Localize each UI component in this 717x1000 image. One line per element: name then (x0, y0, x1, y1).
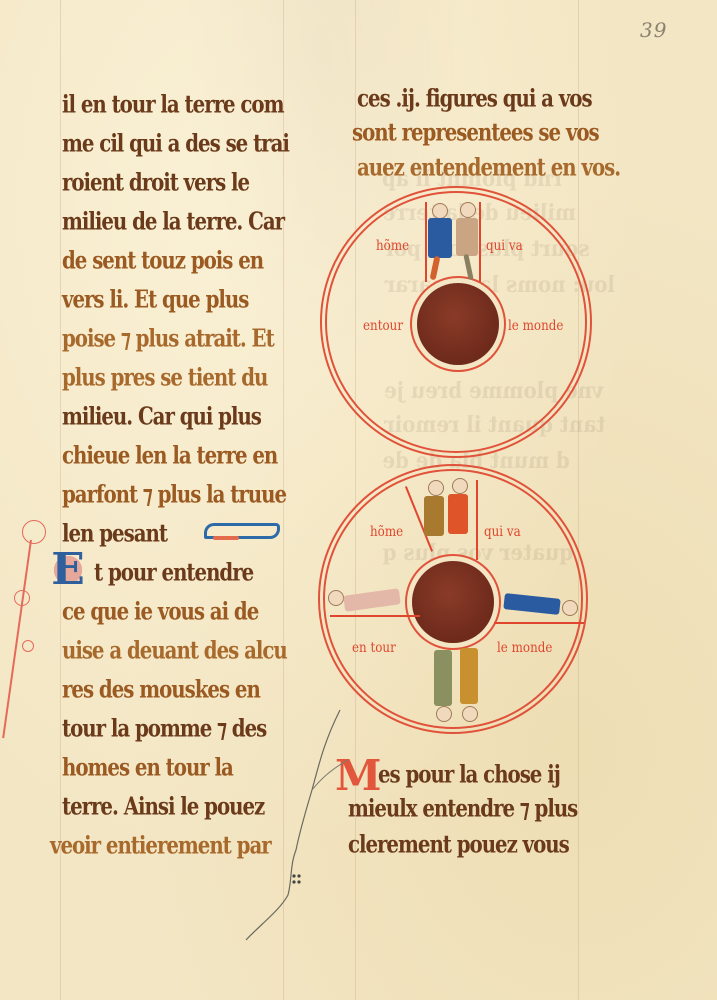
diagram-label: le monde (497, 640, 552, 656)
text-line: auez entendement en vos. (357, 152, 620, 184)
text-line: es pour la chose ij (378, 759, 560, 791)
text-line: milieu de la terre. Car (62, 206, 284, 238)
text-line: il en tour la terre com (62, 89, 283, 121)
diagram-label: le monde (508, 318, 563, 334)
folio-number: 39 (640, 18, 667, 42)
text-line: roient droit vers le (62, 167, 249, 199)
text-line: ces .ij. figures qui a vos (357, 83, 592, 115)
text-line: ce que ie vous ai de (62, 596, 258, 628)
earth-globe (417, 283, 499, 365)
text-line: mieulx entendre ⁊ plus (348, 793, 577, 825)
ruling-line (578, 0, 579, 1000)
axis-line (494, 622, 584, 624)
text-line: parfont ⁊ plus la truue (62, 479, 286, 511)
marginal-pen-sketch (230, 700, 370, 950)
diagram-label: entour (363, 318, 403, 334)
decorated-initial-e: E (46, 548, 90, 592)
text-line: milieu. Car qui plus (62, 401, 261, 433)
text-line: plus pres se tient du (62, 362, 267, 394)
staff (425, 202, 427, 282)
diagram-label: hõme (376, 238, 409, 254)
text-line: vers li. Et que plus (62, 284, 248, 316)
pen-flourish (22, 640, 34, 652)
text-line: sont representees se vos (352, 117, 599, 149)
diagram-label: qui va (486, 238, 523, 254)
pen-flourish (22, 520, 46, 544)
text-line: chieue len la terre en (62, 440, 277, 472)
text-line: clerement pouez vous (348, 829, 569, 861)
text-line: de sent touz pois en (62, 245, 263, 277)
staff (479, 202, 481, 282)
text-line: me cil qui a des se trai (62, 128, 289, 160)
text-line: t pour entendre (94, 557, 253, 589)
diagram-label: hõme (370, 524, 403, 540)
diagram-label: en tour (352, 640, 396, 656)
line-filler-ornament (204, 523, 280, 539)
earth-globe (412, 561, 494, 643)
manuscript-page: 39 rnd plomnt ll ap milieu de la terre s… (0, 0, 717, 1000)
text-line: uise a deuant des alcu (62, 635, 287, 667)
diagram-label: qui va (484, 524, 521, 540)
text-line: homes en tour la (62, 752, 233, 784)
text-line: poise ⁊ plus atrait. Et (62, 323, 274, 355)
axis-line (330, 615, 420, 617)
staff (476, 480, 478, 560)
